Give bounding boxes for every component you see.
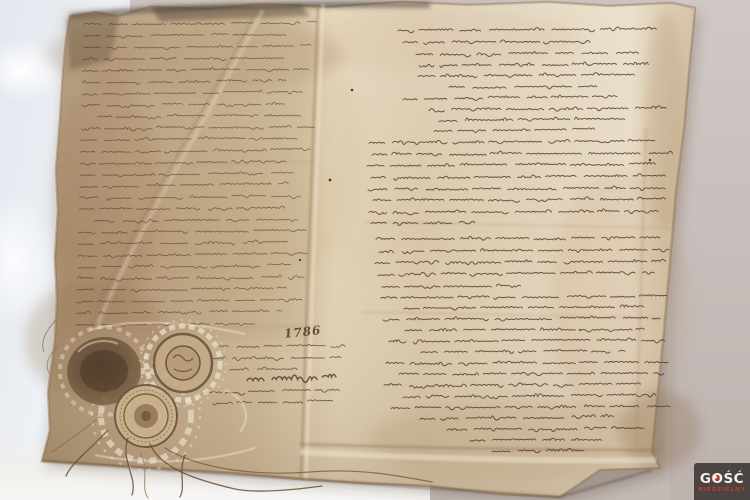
- watermark-title: GOŚĆ: [700, 470, 744, 487]
- watermark-title-text: GOŚĆ: [700, 471, 744, 487]
- manuscript-document: [0, 0, 750, 500]
- photo-viewport: 1786 GOŚĆ NIEDZIELNY: [0, 0, 750, 500]
- embossed-paper-seal-upper: [154, 334, 212, 392]
- watermark-subtitle: NIEDZIELNY: [698, 488, 746, 494]
- embossed-paper-seal-lower: [115, 385, 177, 447]
- gosc-niedzielny-watermark: GOŚĆ NIEDZIELNY: [694, 463, 750, 500]
